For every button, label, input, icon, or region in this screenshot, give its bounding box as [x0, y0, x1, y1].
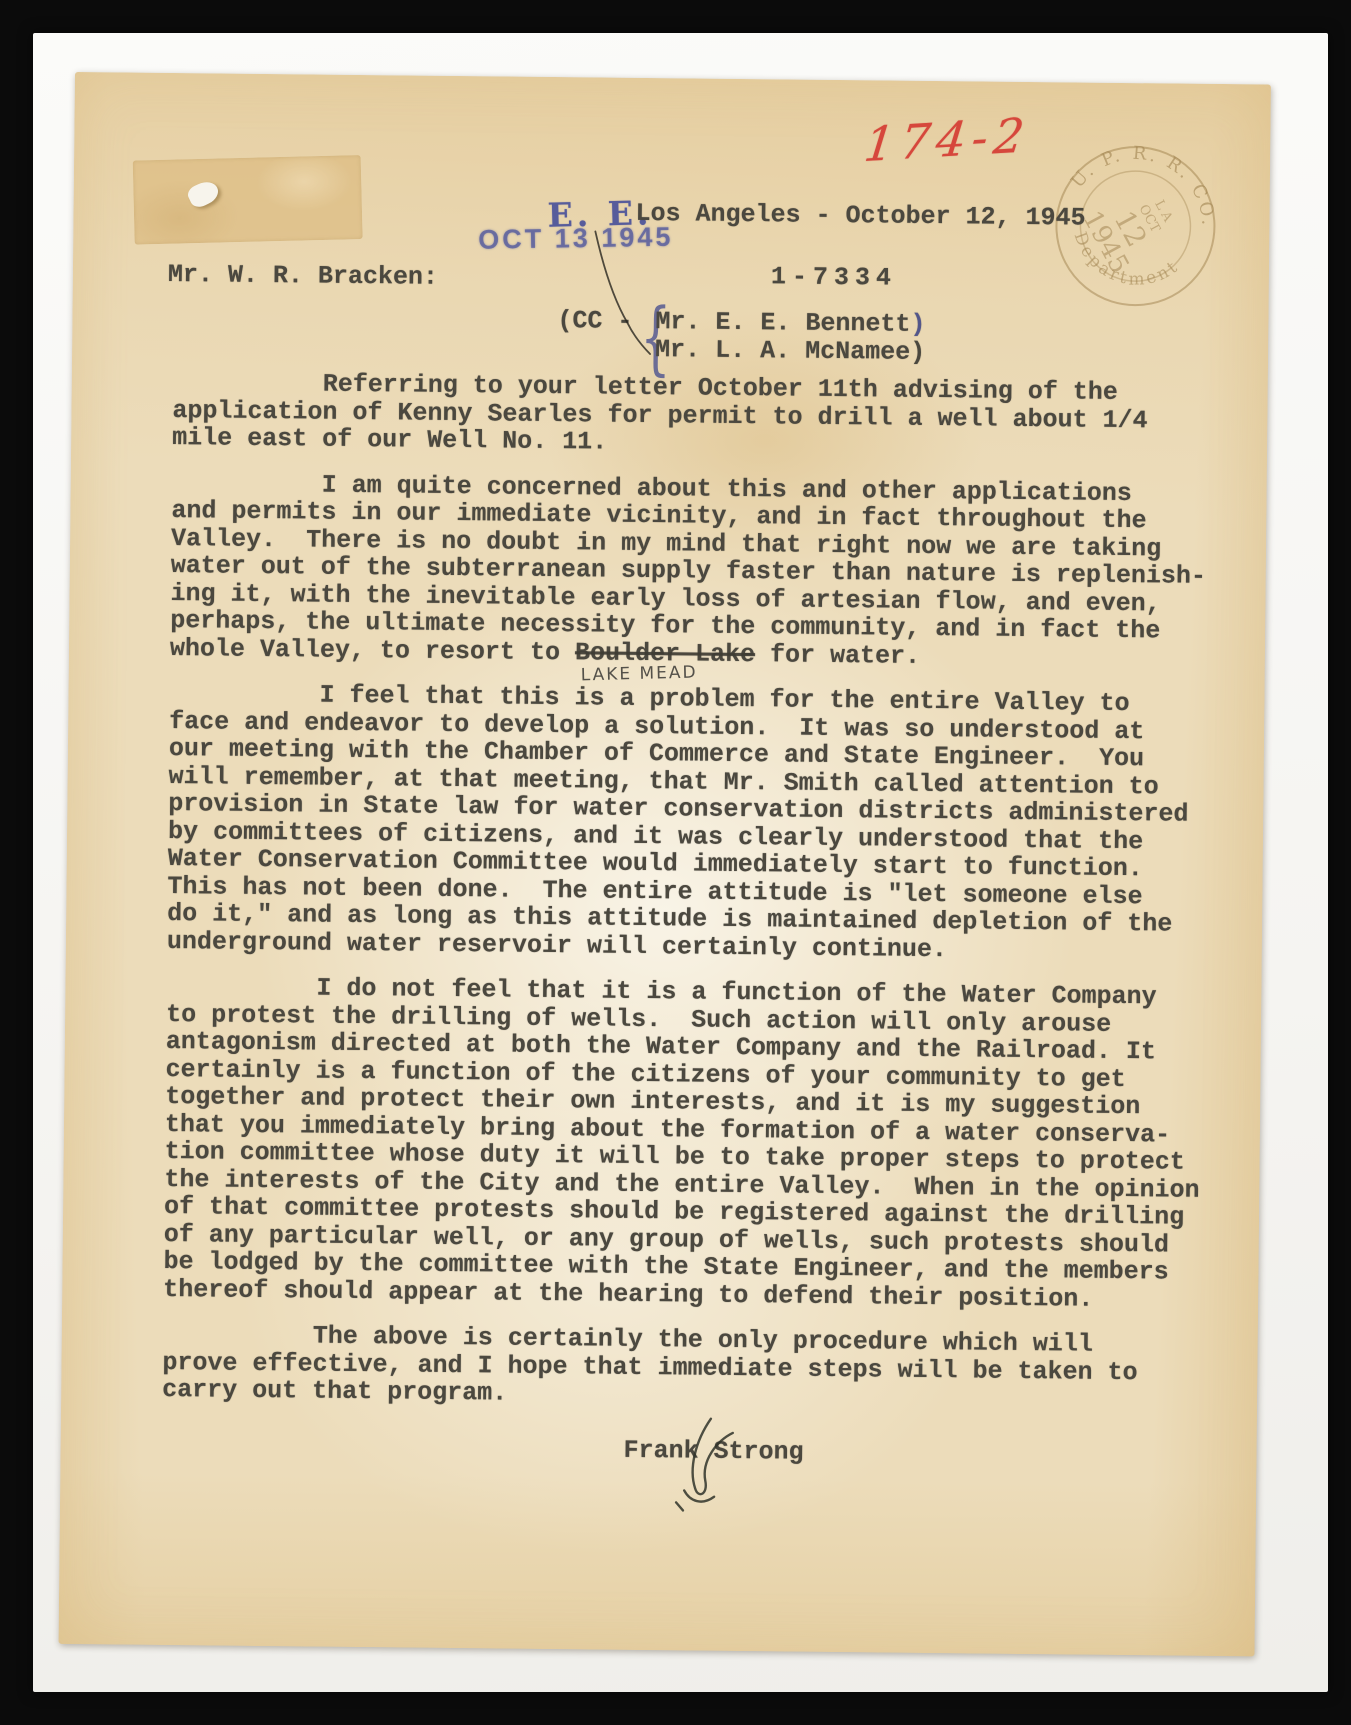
recipient: Mr. W. R. Bracken: [168, 261, 438, 291]
letter-body: Referring to your letter October 11th ad… [162, 369, 1253, 1433]
paragraph-3: I feel that this is a problem for the en… [167, 680, 1250, 966]
letter-page: 174-2 U. P. R. R. CO. Department L A [59, 72, 1271, 1656]
tape-strip [133, 155, 363, 245]
pen-stroke [572, 217, 704, 388]
paragraph-2: I am quite concerned about this and othe… [170, 470, 1252, 674]
scan-background: 174-2 U. P. R. R. CO. Department L A [0, 0, 1351, 1725]
red-file-number: 174-2 [861, 108, 1033, 173]
paragraph-4: I do not feel that it is a function of t… [163, 973, 1246, 1314]
backing-sheet: 174-2 U. P. R. R. CO. Department L A [33, 33, 1328, 1692]
paragraph-1: Referring to your letter October 11th ad… [172, 369, 1253, 463]
lake-mead-annotation: LAKE MEAD [580, 659, 698, 689]
paragraph-5: The above is certainly the only procedur… [162, 1321, 1243, 1415]
handwritten-initials [640, 1406, 761, 1527]
strikethrough-text: Boulder LakeLAKE MEAD [575, 638, 755, 669]
cc-close-paren: ) [910, 310, 925, 339]
reference-number: 1-7334 [771, 263, 897, 292]
tape-hole [185, 178, 222, 211]
